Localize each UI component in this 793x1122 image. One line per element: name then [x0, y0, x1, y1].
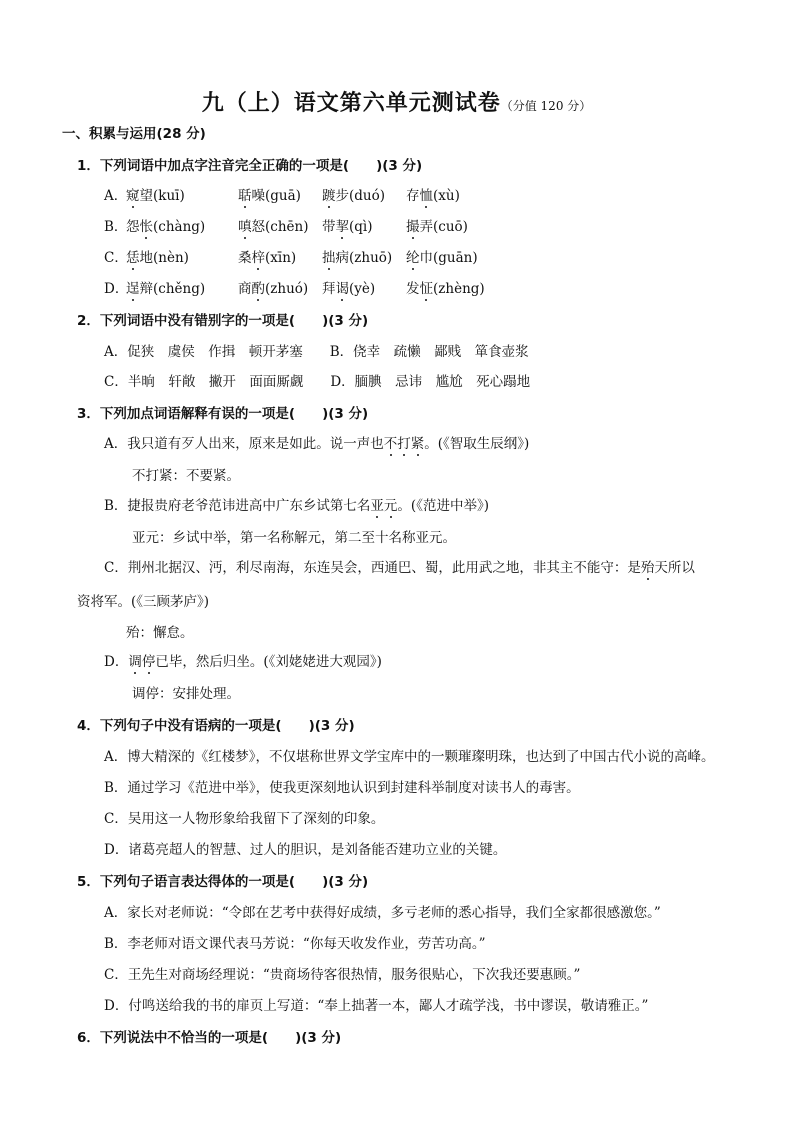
word-suffix: 噪(guā) — [252, 188, 301, 204]
question-4-option-d: D．诸葛亮超人的智慧、过人的胆识，是刘备能否建功立业的关键。 — [104, 840, 506, 860]
emphasis-char: 打 — [397, 436, 411, 452]
pinyin-item: 商酌(zhuó) — [238, 279, 308, 299]
emphasis-char: 谒 — [336, 281, 350, 297]
word-suffix: 病(zhuō) — [336, 250, 393, 266]
emphasis-char: 元 — [384, 498, 398, 514]
word-suffix: 地(nèn) — [140, 250, 189, 266]
emphasis-char: 亚 — [370, 498, 384, 514]
word-suffix: 辩(chěng) — [140, 281, 206, 297]
question-3-note-c: 殆：懈怠。 — [126, 623, 194, 643]
pinyin-item: 存恤(xù) — [406, 186, 460, 206]
pinyin-item: 逞辩(chěng) — [126, 279, 205, 299]
emphasis-char: 停 — [142, 654, 156, 670]
title-main: 九（上）语文第六单元测试卷 — [202, 91, 501, 116]
question-3-note-d: 调停：安排处理。 — [132, 684, 240, 704]
emphasis-char: 怔 — [420, 281, 434, 297]
question-4-option-b: B．通过学习《范进中举》，使我更深刻地认识到封建科举制度对读书人的毒害。 — [104, 778, 580, 798]
word-suffix: (xīn) — [265, 250, 296, 266]
question-2-options-row1: A．促狭 虞侯 作揖 顿开茅塞 B．侥幸 疏懒 鄙贱 箪食壶浆 — [104, 342, 529, 362]
word-suffix: 怒(chēn) — [252, 219, 309, 235]
option-text: B．捷报贵府老爷范讳进高中广东乡试第七名 — [104, 498, 370, 514]
question-1-option: A．窥望(kuī)聒噪(guā)踱步(duó)存恤(xù) — [104, 186, 126, 206]
question-3-note-a: 不打紧：不要紧。 — [132, 466, 240, 486]
word-suffix: (yè) — [349, 281, 375, 297]
option-source: 。(《范进中举》) — [397, 498, 489, 514]
question-5-option-d: D．付鸣送给我的书的扉页上写道：“奉上拙著一本，鄙人才疏学浅，书中谬误，敬请雅正… — [104, 996, 648, 1016]
emphasis-char: 挈 — [336, 219, 350, 235]
pinyin-item: 窥望(kuī) — [126, 186, 185, 206]
word-suffix: 望(kuī) — [140, 188, 185, 204]
pinyin-item: 拜谒(yè) — [322, 279, 375, 299]
word-prefix: 桑 — [238, 250, 252, 266]
word-prefix: 存 — [406, 188, 420, 204]
emphasis-char: 怅 — [140, 219, 154, 235]
pinyin-item: 拙病(zhuō) — [322, 248, 392, 268]
word-suffix: 步(duó) — [336, 188, 386, 204]
section-heading: 一、积累与运用(28 分) — [62, 124, 206, 144]
pinyin-item: 恁地(nèn) — [126, 248, 189, 268]
option-text: C．荆州北据汉、沔，利尽南海，东连吴会，西通巴、蜀，此用武之地，非其主不能守：是 — [104, 560, 641, 576]
emphasis-char: 恤 — [420, 188, 434, 204]
exam-page: 九（上）语文第六单元测试卷（分值 120 分） 一、积累与运用(28 分) 1．… — [0, 0, 793, 1122]
question-5-option-a: A．家长对老师说：“令郎在艺考中获得好成绩，多亏老师的悉心指导，我们全家都很感激… — [104, 903, 661, 923]
word-suffix: 弄(cuō) — [420, 219, 468, 235]
emphasis-char: 紧 — [411, 436, 425, 452]
question-1-option: D．逞辩(chěng)商酌(zhuó)拜谒(yè)发怔(zhèng) — [104, 279, 126, 299]
pinyin-item: 纶巾(guān) — [406, 248, 478, 268]
word-suffix: (chàng) — [153, 219, 205, 235]
pinyin-item: 撮弄(cuō) — [406, 217, 468, 237]
question-3-stem: 3．下列加点词语解释有误的一项是( )(3 分) — [77, 404, 368, 424]
emphasis-char: 调 — [128, 654, 142, 670]
word-suffix: (qì) — [349, 219, 373, 235]
question-1-stem: 1．下列词语中加点字注音完全正确的一项是( )(3 分) — [77, 156, 422, 176]
option-text: 已毕，然后归坐。(《刘姥姥进大观园》) — [155, 654, 382, 670]
word-prefix: 带 — [322, 219, 336, 235]
question-1-option: B．怨怅(chàng)嗔怒(chēn)带挈(qì)撮弄(cuō) — [104, 217, 126, 237]
word-prefix: 发 — [406, 281, 420, 297]
option-letter: D． — [104, 654, 128, 670]
question-3-option-d: D．调停已毕，然后归坐。(《刘姥姥进大观园》) — [104, 652, 382, 672]
emphasis-char: 不 — [384, 436, 398, 452]
option-letter: C． — [104, 248, 126, 268]
emphasis-char: 殆 — [641, 560, 655, 576]
pinyin-item: 发怔(zhèng) — [406, 279, 485, 299]
title-score: （分值 120 分） — [501, 99, 592, 113]
emphasis-char: 梓 — [252, 250, 266, 266]
emphasis-char: 踱 — [322, 188, 336, 204]
pinyin-item: 嗔怒(chēn) — [238, 217, 308, 237]
word-prefix: 商 — [238, 281, 252, 297]
question-5-option-c: C．王先生对商场经理说：“贵商场待客很热情，服务很贴心，下次我还要惠顾。” — [104, 965, 580, 985]
question-3-option-c-continued: 资将军。(《三顾茅庐》) — [77, 592, 209, 612]
question-3-option-a: A．我只道有歹人出来，原来是如此。说一声也不打紧。(《智取生辰纲》) — [104, 434, 529, 454]
option-text-end: 天所以 — [654, 560, 695, 576]
pinyin-item: 怨怅(chàng) — [126, 217, 205, 237]
page-title: 九（上）语文第六单元测试卷（分值 120 分） — [0, 86, 793, 117]
emphasis-char: 拙 — [322, 250, 336, 266]
question-3-option-b: B．捷报贵府老爷范讳进高中广东乡试第七名亚元。(《范进中举》) — [104, 496, 489, 516]
question-4-stem: 4．下列句子中没有语病的一项是( )(3 分) — [77, 716, 355, 736]
question-1-option: C．恁地(nèn)桑梓(xīn)拙病(zhuō)纶巾(guān) — [104, 248, 126, 268]
question-3-note-b: 亚元：乡试中举，第一名称解元，第二至十名称亚元。 — [132, 528, 456, 548]
emphasis-char: 逞 — [126, 281, 140, 297]
word-prefix: 拜 — [322, 281, 336, 297]
emphasis-char: 嗔 — [238, 219, 252, 235]
word-suffix: (xù) — [433, 188, 460, 204]
word-suffix: 巾(guān) — [420, 250, 478, 266]
pinyin-item: 带挈(qì) — [322, 217, 373, 237]
word-prefix: 怨 — [126, 219, 140, 235]
option-text: A．我只道有歹人出来，原来是如此。说一声也 — [104, 436, 384, 452]
word-suffix: (zhuó) — [265, 281, 308, 297]
pinyin-item: 踱步(duó) — [322, 186, 385, 206]
emphasis-char: 聒 — [238, 188, 252, 204]
question-5-stem: 5．下列句子语言表达得体的一项是( )(3 分) — [77, 872, 368, 892]
pinyin-item: 桑梓(xīn) — [238, 248, 296, 268]
option-source: 。(《智取生辰纲》) — [424, 436, 529, 452]
question-2-options-row2: C．半晌 轩敞 撇开 面面厮觑 D．腼腆 忌讳 尴尬 死心蹋地 — [104, 372, 530, 392]
option-letter: A． — [104, 186, 126, 206]
pinyin-item: 聒噪(guā) — [238, 186, 301, 206]
option-letter: B． — [104, 217, 126, 237]
question-3-option-c: C．荆州北据汉、沔，利尽南海，东连吴会，西通巴、蜀，此用武之地，非其主不能守：是… — [104, 558, 695, 578]
emphasis-char: 恁 — [126, 250, 140, 266]
word-suffix: (zhèng) — [433, 281, 485, 297]
question-2-stem: 2．下列词语中没有错别字的一项是( )(3 分) — [77, 311, 368, 331]
emphasis-char: 酌 — [252, 281, 266, 297]
question-4-option-a: A．博大精深的《红楼梦》，不仅堪称世界文学宝库中的一颗璀璨明珠，也达到了中国古代… — [104, 747, 715, 767]
option-letter: D． — [104, 279, 126, 299]
emphasis-char: 纶 — [406, 250, 420, 266]
question-4-option-c: C．吴用这一人物形象给我留下了深刻的印象。 — [104, 809, 384, 829]
question-6-stem: 6．下列说法中不恰当的一项是( )(3 分) — [77, 1028, 341, 1048]
emphasis-char: 撮 — [406, 219, 420, 235]
question-5-option-b: B．李老师对语文课代表马芳说：“你每天收发作业，劳苦功高。” — [104, 934, 485, 954]
emphasis-char: 窥 — [126, 188, 140, 204]
